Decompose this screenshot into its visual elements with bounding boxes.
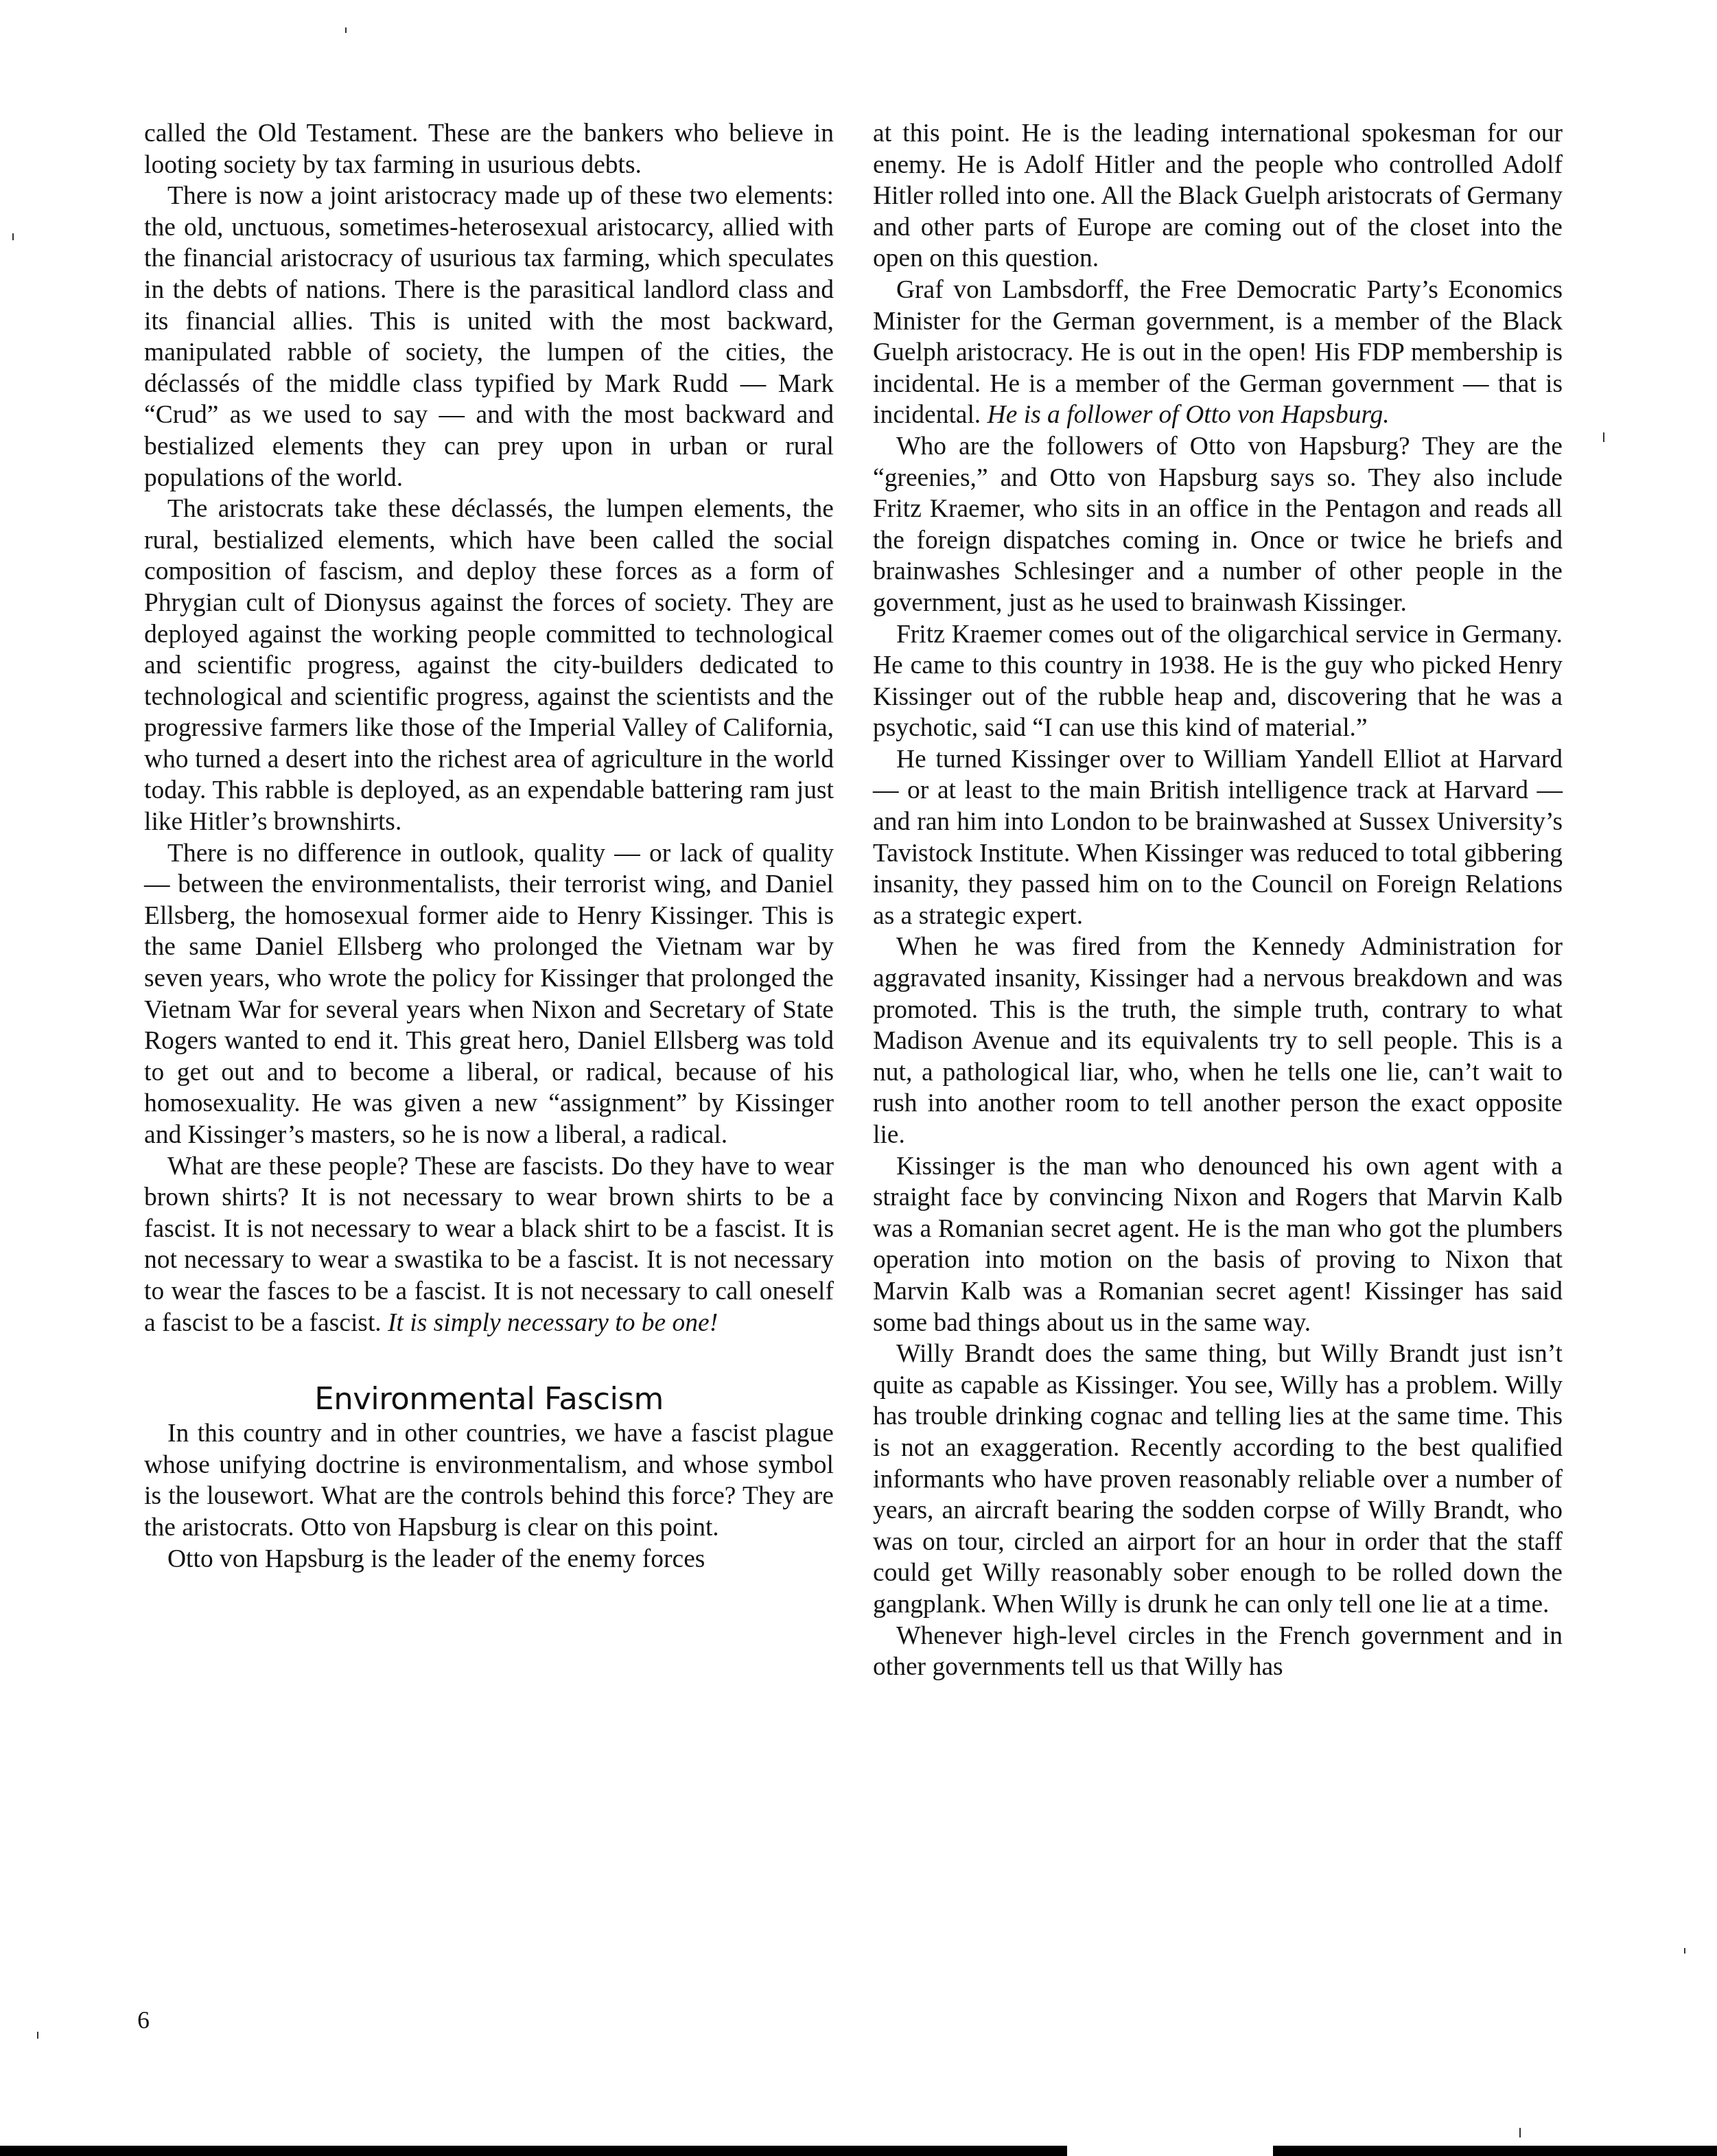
scan-edge-bar xyxy=(0,2146,1717,2156)
scan-speck xyxy=(37,2032,38,2039)
paragraph: Who are the followers of Otto von Hapsbu… xyxy=(873,431,1563,619)
scan-speck xyxy=(1519,2128,1521,2137)
paragraph: Otto von Hapsburg is the leader of the e… xyxy=(144,1544,834,1575)
italic-emphasis: He is a follower of Otto von Hapsburg. xyxy=(988,401,1390,429)
paragraph: There is now a joint aristocracy made up… xyxy=(144,181,834,494)
scan-speck xyxy=(1684,1948,1685,1954)
paragraph: The aristocrats take these déclassés, th… xyxy=(144,494,834,838)
paragraph: He turned Kissinger over to William Yand… xyxy=(873,744,1563,932)
paragraph: Graf von Lambsdorff, the Free Democratic… xyxy=(873,275,1563,431)
italic-emphasis: It is simply necessary to be one! xyxy=(388,1309,718,1337)
paragraph: Willy Brandt does the same thing, but Wi… xyxy=(873,1338,1563,1620)
document-page: called the Old Testament. These are the … xyxy=(0,0,1717,2156)
paragraph: There is no difference in outlook, quali… xyxy=(144,838,834,1151)
scan-speck xyxy=(1603,432,1604,442)
left-column: called the Old Testament. These are the … xyxy=(144,118,834,1575)
paragraph: Fritz Kraemer comes out of the oligarchi… xyxy=(873,619,1563,744)
paragraph: called the Old Testament. These are the … xyxy=(144,118,834,181)
right-column: at this point. He is the leading interna… xyxy=(873,118,1563,1683)
paragraph: at this point. He is the leading interna… xyxy=(873,118,1563,275)
paragraph: Kissinger is the man who denounced his o… xyxy=(873,1151,1563,1339)
page-number: 6 xyxy=(137,2006,150,2035)
scan-edge-gap xyxy=(1067,2146,1273,2156)
section-heading: Environmental Fascism xyxy=(144,1380,834,1418)
paragraph: In this country and in other countries, … xyxy=(144,1418,834,1543)
paragraph: Whenever high-level circles in the Frenc… xyxy=(873,1621,1563,1683)
scan-speck xyxy=(345,27,347,33)
paragraph: When he was fired from the Kennedy Admin… xyxy=(873,931,1563,1150)
paragraph: What are these people? These are fascist… xyxy=(144,1151,834,1339)
scan-speck xyxy=(12,233,14,240)
